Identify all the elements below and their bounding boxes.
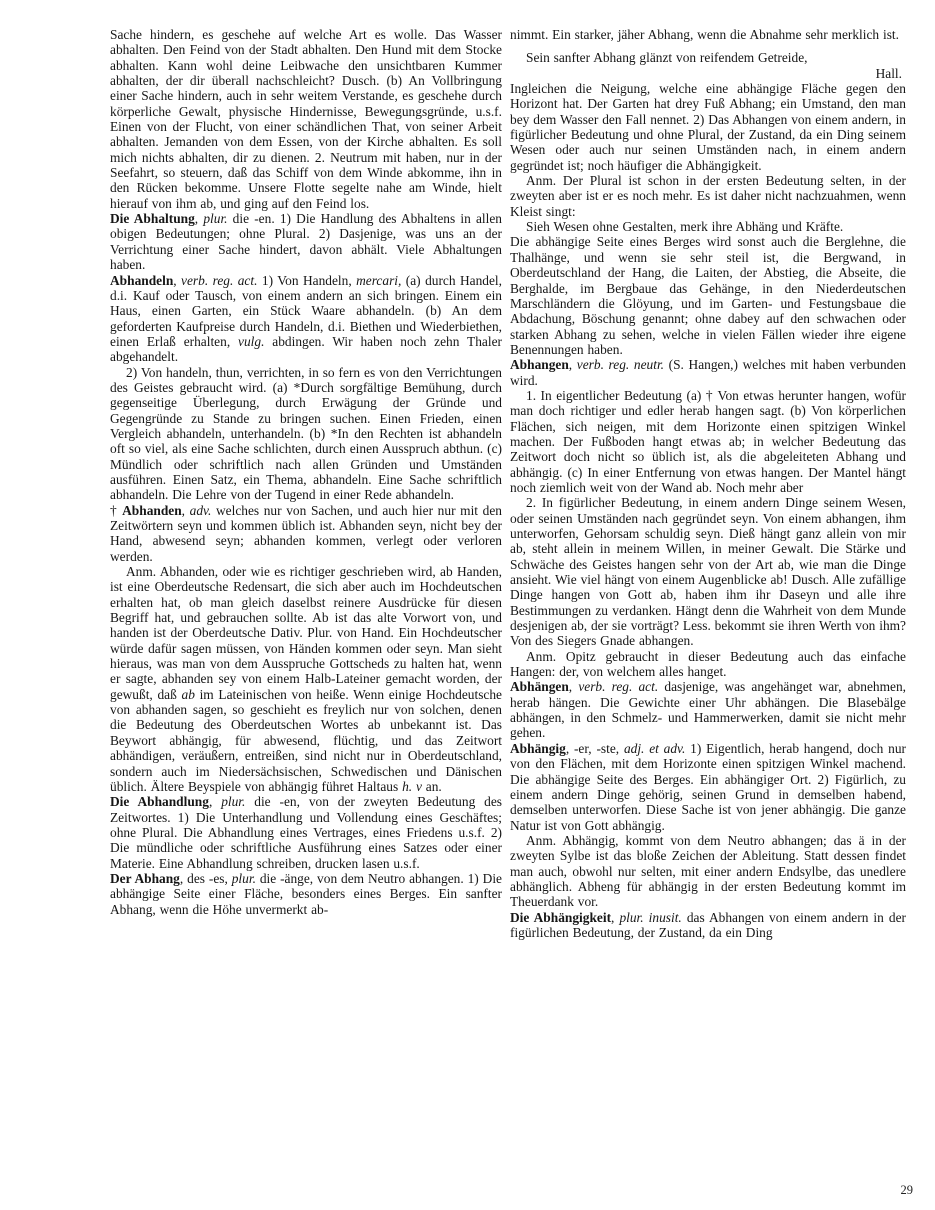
text-segment: verb. reg. act.: [578, 679, 658, 694]
text-segment: Anm. Abhängig, kommt von dem Neutro abha…: [510, 833, 906, 909]
dictionary-entry: † Abhanden, adv. welches nur von Sachen,…: [110, 503, 502, 564]
text-segment: 2) Von handeln, thun, verrichten, in so …: [110, 365, 502, 503]
text-segment: nimmt. Ein starker, jäher Abhang, wenn d…: [510, 27, 899, 42]
text-segment: verb. reg. neutr.: [577, 357, 664, 372]
paragraph: Anm. Abhanden, oder wie es richtiger ges…: [110, 564, 502, 794]
text-segment: plur. inusit.: [619, 910, 681, 925]
text-segment: vulg.: [238, 334, 264, 349]
dictionary-entry: Abhängig, -er, -ste, adj. et adv. 1) Eig…: [510, 741, 906, 833]
text-segment: Sieh Wesen ohne Gestalten, merk ihre Abh…: [526, 219, 843, 234]
text-segment: Die abhängige Seite eines Berges wird so…: [510, 234, 906, 356]
text-segment: plur.: [221, 794, 245, 809]
text-segment: mercari,: [356, 273, 401, 288]
column-left: Sache hindern, es geschehe auf welche Ar…: [110, 27, 502, 917]
paragraph: 2. In figürlicher Bedeutung, in einem an…: [510, 495, 906, 648]
text-segment: an.: [422, 779, 442, 794]
verse-line: Sein sanfter Abhang glänzt von reifendem…: [510, 50, 906, 65]
paragraph: Die abhängige Seite eines Berges wird so…: [510, 234, 906, 357]
text-segment: verb. reg. act.: [181, 273, 257, 288]
text-segment: Der Abhang: [110, 871, 180, 886]
text-segment: †: [110, 503, 122, 518]
paragraph: 1. In eigentlicher Bedeutung (a) † Von e…: [510, 388, 906, 495]
verse-attribution: Hall.: [510, 66, 906, 81]
dictionary-entry: Abhangen, verb. reg. neutr. (S. Hangen,)…: [510, 357, 906, 388]
text-segment: , des -es,: [180, 871, 232, 886]
text-segment: 1. In eigentlicher Bedeutung (a) † Von e…: [510, 388, 906, 495]
text-segment: ,: [569, 679, 579, 694]
dictionary-entry: Abhandeln, verb. reg. act. 1) Von Handel…: [110, 273, 502, 365]
paragraph: Anm. Der Plural ist schon in der ersten …: [510, 173, 906, 219]
verse-line: Sieh Wesen ohne Gestalten, merk ihre Abh…: [510, 219, 906, 234]
text-segment: ,: [182, 503, 190, 518]
text-segment: Anm. Der Plural ist schon in der ersten …: [510, 173, 906, 219]
dictionary-entry: Die Abhandlung, plur. die -en, von der z…: [110, 794, 502, 871]
text-segment: Die Abhaltung: [110, 211, 195, 226]
text-segment: Anm. Abhanden, oder wie es richtiger ges…: [110, 564, 502, 702]
text-segment: Abhanden: [122, 503, 182, 518]
paragraph: Anm. Opitz gebraucht in dieser Bedeutung…: [510, 649, 906, 680]
text-segment: Sein sanfter Abhang glänzt von reifendem…: [526, 50, 808, 65]
text-segment: Die Abhängigkeit: [510, 910, 611, 925]
text-segment: 2. In figürlicher Bedeutung, in einem an…: [510, 495, 906, 648]
dictionary-entry: Die Abhängigkeit, plur. inusit. das Abha…: [510, 910, 906, 941]
paragraph: Sache hindern, es geschehe auf welche Ar…: [110, 27, 502, 211]
text-segment: ,: [173, 273, 181, 288]
text-segment: Hall.: [876, 66, 902, 81]
paragraph: nimmt. Ein starker, jäher Abhang, wenn d…: [510, 27, 906, 42]
text-segment: plur.: [203, 211, 227, 226]
dictionary-entry: Abhängen, verb. reg. act. dasjenige, was…: [510, 679, 906, 740]
text-segment: h. v: [402, 779, 422, 794]
text-segment: im Lateinischen von heiße. Wenn einige H…: [110, 687, 502, 794]
text-segment: adv.: [190, 503, 212, 518]
text-segment: 1) Von Handeln,: [257, 273, 356, 288]
text-segment: Abhangen: [510, 357, 569, 372]
dictionary-entry: Der Abhang, des -es, plur. die -änge, vo…: [110, 871, 502, 917]
page-number: 29: [901, 1183, 914, 1198]
paragraph: Anm. Abhängig, kommt von dem Neutro abha…: [510, 833, 906, 910]
dictionary-entry: Die Abhaltung, plur. die -en. 1) Die Han…: [110, 211, 502, 272]
text-segment: Abhandeln: [110, 273, 173, 288]
text-segment: Sache hindern, es geschehe auf welche Ar…: [110, 27, 502, 211]
dictionary-page: Sache hindern, es geschehe auf welche Ar…: [0, 0, 935, 1210]
text-segment: Abhängen: [510, 679, 569, 694]
text-segment: , -er, -ste,: [566, 741, 624, 756]
text-segment: ,: [209, 794, 221, 809]
paragraph: Ingleichen die Neigung, welche eine abhä…: [510, 81, 906, 173]
text-segment: ab: [182, 687, 195, 702]
paragraph: 2) Von handeln, thun, verrichten, in so …: [110, 365, 502, 503]
text-segment: adj. et adv.: [624, 741, 685, 756]
column-right: nimmt. Ein starker, jäher Abhang, wenn d…: [510, 27, 906, 940]
text-segment: ,: [569, 357, 577, 372]
text-segment: Anm. Opitz gebraucht in dieser Bedeutung…: [510, 649, 906, 679]
text-segment: Ingleichen die Neigung, welche eine abhä…: [510, 81, 906, 173]
text-segment: Abhängig: [510, 741, 566, 756]
text-segment: plur.: [232, 871, 256, 886]
text-segment: Die Abhandlung: [110, 794, 209, 809]
